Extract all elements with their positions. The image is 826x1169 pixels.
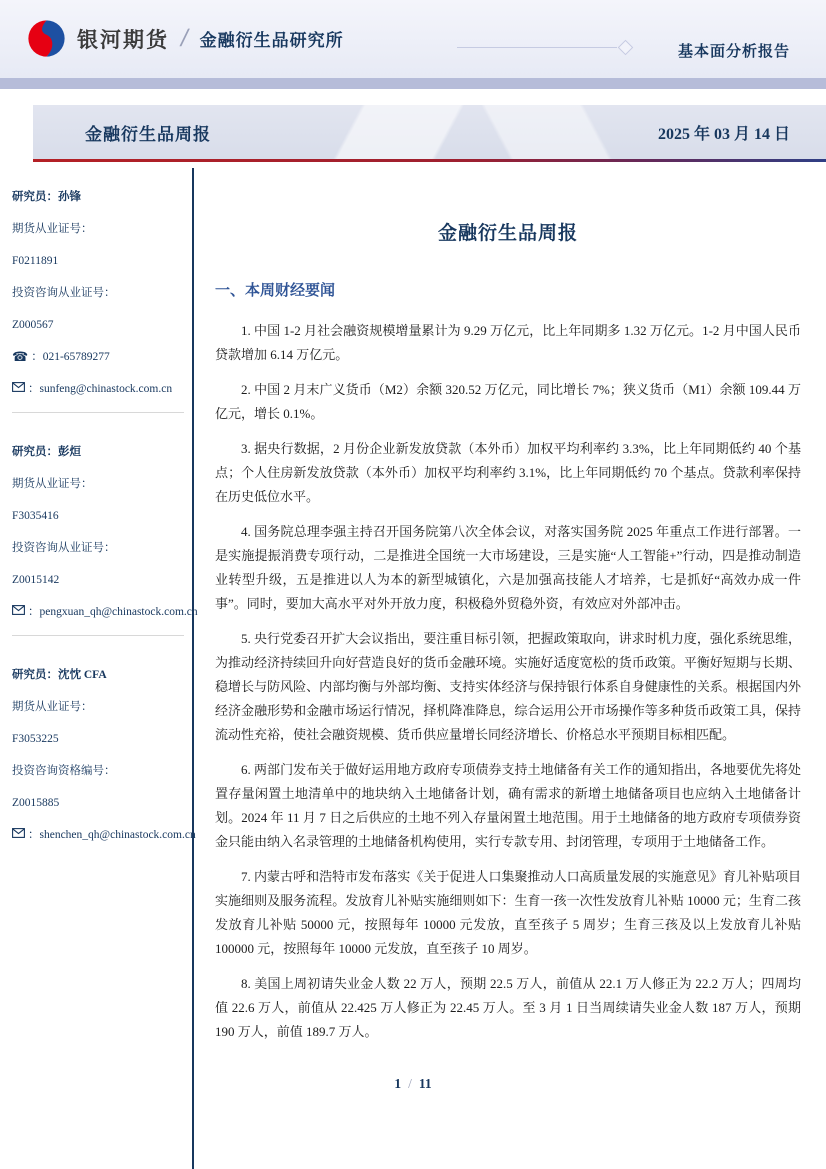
decorative-line	[457, 47, 617, 48]
researcher-card: 研究员：孙锋 期货从业证号： F0211891 投资咨询从业证号： Z00056…	[12, 188, 184, 399]
cert-value: Z000567	[12, 316, 184, 335]
banner-title: 金融衍生品周报	[85, 120, 211, 145]
email-icon	[12, 380, 25, 399]
news-paragraph: 4. 国务院总理李强主持召开国务院第八次全体会议，对落实国务院 2025 年重点…	[215, 520, 801, 616]
header-divider-band	[0, 78, 826, 89]
email-address: sunfeng@chinastock.com.cn	[40, 380, 173, 399]
news-paragraph: 7. 内蒙古呼和浩特市发布落实《关于促进人口集聚推动人口高质量发展的实施意见》育…	[215, 865, 801, 961]
researcher-name-row: 研究员：沈忱 CFA	[12, 666, 184, 685]
cert-label: 投资咨询资格编号：	[12, 762, 184, 781]
news-paragraph: 3. 据央行数据，2 月份企业新发放贷款（本外币）加权平均利率约 3.3%，比上…	[215, 437, 801, 509]
sidebar-vertical-rule	[192, 168, 194, 1169]
cert-value: F0211891	[12, 252, 184, 271]
cert-label: 期货从业证号：	[12, 475, 184, 494]
total-page-count: 11	[419, 1076, 432, 1091]
colon: ：	[28, 380, 40, 399]
email-row: ：shenchen_qh@chinastock.com.cn	[12, 826, 184, 845]
news-paragraph: 6. 两部门发布关于做好运用地方政府专项债券支持土地储备有关工作的通知指出，各地…	[215, 758, 801, 854]
researcher-card: 研究员：沈忱 CFA 期货从业证号： F3053225 投资咨询资格编号： Z0…	[12, 666, 184, 845]
researcher-role-label: 研究员：	[12, 191, 58, 203]
researcher-role-label: 研究员：	[12, 669, 58, 681]
report-page: 银河期货 / 金融衍生品研究所 基本面分析报告 金融衍生品周报 2025 年 0…	[0, 0, 826, 1169]
cert-value: Z0015885	[12, 794, 184, 813]
email-icon	[12, 603, 25, 622]
report-body: 金融衍生品周报 一、本周财经要闻 1. 中国 1-2 月社会融资规模增量累计为 …	[215, 218, 801, 1055]
colon: ：	[28, 826, 40, 845]
researcher-name: 彭烜	[58, 446, 81, 458]
email-address: shenchen_qh@chinastock.com.cn	[40, 826, 196, 845]
galaxy-futures-logo-icon	[28, 20, 65, 57]
page-number-separator: /	[408, 1076, 412, 1091]
researcher-name-row: 研究员：彭烜	[12, 443, 184, 462]
cert-label: 期货从业证号：	[12, 698, 184, 717]
section-heading: 一、本周财经要闻	[215, 279, 801, 300]
email-row: ：sunfeng@chinastock.com.cn	[12, 380, 184, 399]
news-paragraph: 2. 中国 2 月末广义货币（M2）余额 320.52 万亿元，同比增长 7%；…	[215, 378, 801, 426]
page-header: 银河期货 / 金融衍生品研究所 基本面分析报告	[0, 0, 826, 78]
colon: ：	[28, 603, 40, 622]
document-title: 金融衍生品周报	[215, 218, 801, 245]
banner-date: 2025 年 03 月 14 日	[658, 121, 790, 144]
brand-row: 银河期货 / 金融衍生品研究所	[28, 20, 344, 57]
researcher-name: 孙锋	[58, 191, 81, 203]
news-paragraph: 5. 央行党委召开扩大会议指出，要注重目标引领，把握政策取向，讲求时机力度，强化…	[215, 627, 801, 747]
news-paragraph: 1. 中国 1-2 月社会融资规模增量累计为 9.29 万亿元，比上年同期多 1…	[215, 319, 801, 367]
email-row: ：pengxuan_qh@chinastock.com.cn	[12, 603, 184, 622]
news-paragraph: 8. 美国上周初请失业金人数 22 万人，预期 22.5 万人，前值从 22.1…	[215, 972, 801, 1044]
researcher-name: 沈忱 CFA	[58, 669, 107, 681]
phone-icon: ☎	[12, 351, 28, 364]
diamond-ornament-icon	[618, 40, 634, 56]
page-footer: 1/11	[0, 1076, 826, 1092]
sidebar-divider	[12, 412, 184, 413]
cert-value: Z0015142	[12, 571, 184, 590]
institute-name: 金融衍生品研究所	[200, 26, 344, 51]
brand-separator: /	[178, 25, 191, 53]
cert-label: 投资咨询从业证号：	[12, 284, 184, 303]
cert-label: 投资咨询从业证号：	[12, 539, 184, 558]
email-address: pengxuan_qh@chinastock.com.cn	[40, 603, 198, 622]
researcher-name-row: 研究员：孙锋	[12, 188, 184, 207]
colon: ：	[31, 348, 43, 367]
phone-number: 021-65789277	[43, 348, 110, 367]
phone-row: ☎：021-65789277	[12, 348, 184, 367]
cert-value: F3053225	[12, 730, 184, 749]
cert-value: F3035416	[12, 507, 184, 526]
researcher-card: 研究员：彭烜 期货从业证号： F3035416 投资咨询从业证号： Z00151…	[12, 443, 184, 622]
report-type-label: 基本面分析报告	[678, 40, 790, 61]
sidebar-divider	[12, 635, 184, 636]
researchers-sidebar: 研究员：孙锋 期货从业证号： F0211891 投资咨询从业证号： Z00056…	[12, 188, 184, 858]
cert-label: 期货从业证号：	[12, 220, 184, 239]
researcher-role-label: 研究员：	[12, 446, 58, 458]
email-icon	[12, 826, 25, 845]
brand-name: 银河期货	[77, 24, 169, 54]
current-page-number: 1	[394, 1076, 401, 1091]
title-banner: 金融衍生品周报 2025 年 03 月 14 日	[33, 105, 826, 162]
